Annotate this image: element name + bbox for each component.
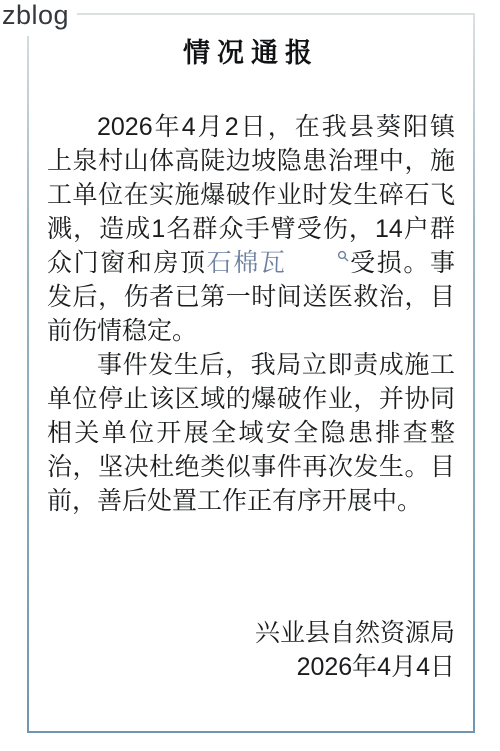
signature-organization: 兴业县自然资源局 [47,616,455,650]
notice-body: 2026年4月2日，在我县葵阳镇上泉村山体高陡边坡隐患治理中，施工单位在实施爆破… [47,110,455,518]
paragraph-1: 2026年4月2日，在我县葵阳镇上泉村山体高陡边坡隐患治理中，施工单位在实施爆破… [47,110,455,348]
search-icon[interactable] [287,250,349,262]
entity-link[interactable]: 石棉瓦 [207,249,349,277]
entity-link-text: 石棉瓦 [207,249,287,277]
page: 情况通报 2026年4月2日，在我县葵阳镇上泉村山体高陡边坡隐患治理中，施工单位… [0,0,500,751]
paragraph-2: 事件发生后，我局立即责成施工单位停止该区域的爆破作业，并协同相关单位开展全域安全… [47,348,455,518]
notice-card: 情况通报 2026年4月2日，在我县葵阳镇上泉村山体高陡边坡隐患治理中，施工单位… [27,13,475,733]
signature-date: 2026年4月4日 [47,650,455,684]
signature-block: 兴业县自然资源局 2026年4月4日 [47,616,455,684]
zblog-logo: zblog [0,0,77,36]
notice-title: 情况通报 [29,38,473,68]
